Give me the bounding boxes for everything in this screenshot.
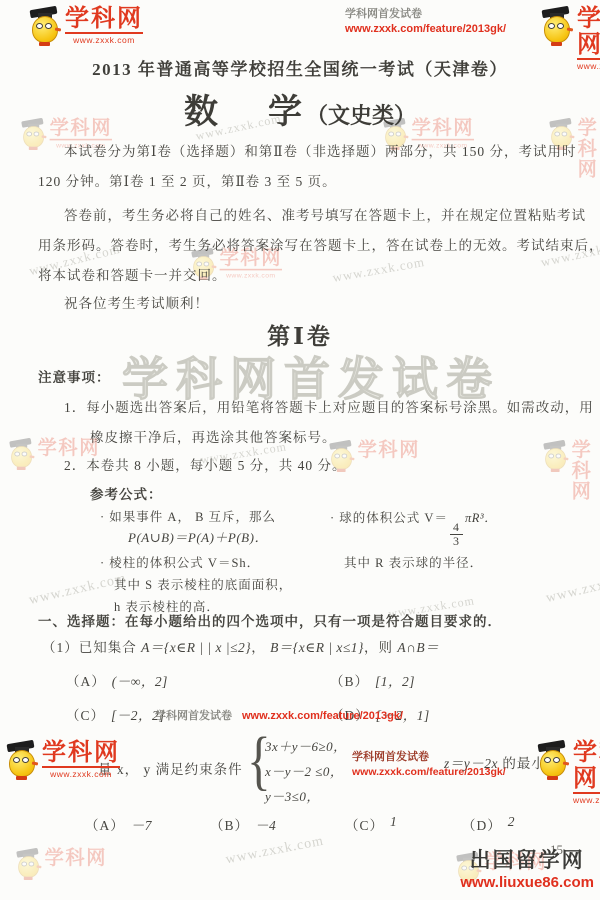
option-label: （B） (210, 814, 249, 834)
release-stamp-header: 学科网首发试卷 www.zxxk.com/feature/2013gk/ (345, 7, 506, 37)
formula-event-union-intro: · 如果事件 A， B 互斥，那么 (100, 507, 276, 525)
q2-option-d: （D）2 (462, 814, 515, 834)
q2-objective-expr: z＝y－2x (444, 756, 498, 771)
intro-line: 120 分钟。第Ⅰ卷 1 至 2 页，第Ⅱ卷 3 至 5 页。 (38, 170, 337, 190)
zxxk-mascot-icon (542, 440, 569, 474)
intro-line: 答卷前，考生务必将自己的姓名、准考号填写在答题卡上，并在规定位置粘贴考试 (64, 204, 586, 224)
q2-constraint-2: x－y－2 ≤0， (265, 761, 343, 780)
q1-text: ， (251, 640, 270, 655)
partner-site-name: 出国留学网 (460, 850, 594, 872)
q2-option-c: （C）1 (345, 814, 397, 834)
zxxk-logo-watermark: 学科网 (15, 848, 107, 882)
intro-line: 祝各位考生考试顺利！ (64, 292, 209, 312)
option-label: （B） (330, 670, 369, 690)
option-value: (－∞，2] (112, 670, 168, 690)
zxxk-watermark-url: www.zxxk.com (331, 254, 426, 286)
zxxk-mascot-icon (536, 740, 570, 782)
partner-site-stamp: 出国留学网 www.liuxue86.com (460, 850, 594, 894)
formula-sphere-volume: · 球的体积公式 V＝43πR³． (330, 508, 497, 548)
zxxk-logo-text: 学科网 (573, 740, 600, 792)
option-value: －7 (131, 814, 152, 834)
zxxk-logo-text: 学科网 (358, 440, 420, 461)
q1-text: （1）已知集合 (42, 640, 141, 655)
q1-question-expr: A∩B＝ (397, 640, 439, 655)
subject-title: 数 学 （文史类） (0, 84, 600, 133)
q1-set-b: B＝{x∈R | x≤1} (270, 640, 364, 655)
question-1: （1）已知集合 A＝{x∈R | | x |≤2}， B＝{x∈R | x≤1}… (42, 636, 439, 656)
release-url: www.zxxk.com/feature/2013gk/ (345, 22, 506, 37)
exam-title: 2013 年普通高等学校招生全国统一考试（天津卷） (0, 55, 600, 80)
part1-heading: 第Ⅰ卷 (0, 318, 600, 351)
fraction-four-thirds: 43 (450, 521, 463, 548)
option-label: （C） (345, 814, 384, 834)
release-label: 学科网首发试卷 (345, 7, 506, 22)
option-label: （A） (66, 670, 106, 690)
formula-sphere-tail: πR³． (465, 511, 497, 525)
q1-set-a: A＝{x∈R | | x |≤2} (141, 640, 251, 655)
q1-text: ，则 (364, 640, 397, 655)
zxxk-watermark-url: www.zxxk.com (224, 834, 325, 869)
intro-line: 本试卷分为第Ⅰ卷（选择题）和第Ⅱ卷（非选择题）两部分，共 150 分，考试用时 (64, 140, 577, 160)
intro-line: 用条形码。答卷时，考生务必将答案涂写在答题卡上，答在试卷上的无效。考试结束后， (38, 234, 600, 254)
zxxk-mascot-icon (5, 740, 39, 782)
q1-option-b: （B）[1，2] (330, 670, 415, 690)
formula-sphere-intro: · 球的体积公式 V＝ (330, 511, 448, 525)
q2-tail: z＝y－2x 的最小 (444, 752, 546, 772)
zxxk-mascot-icon (15, 848, 42, 882)
option-value: －4 (255, 814, 276, 834)
option-label: （A） (85, 814, 125, 834)
formula-sphere-note: 其中 R 表示球的半径． (344, 553, 483, 571)
scanned-exam-page: { "branding": { "logo_text": "学科网", "log… (0, 0, 600, 900)
note-line: 1．每小题选出答案后，用铅笔将答题卡上对应题目的答案标号涂黑。如需改动，用 (64, 396, 594, 416)
q1-option-c: （C）[－2，2] (66, 704, 165, 724)
option-value: 2 (508, 814, 515, 834)
zxxk-logo-text: 学科网 (572, 440, 593, 502)
zxxk-logo-header-left: 学科网www.zxxk.com (28, 6, 143, 48)
zxxk-logo-text: 学科网 (42, 740, 120, 766)
zxxk-mascot-icon (28, 6, 62, 48)
zxxk-mascot-icon (540, 6, 574, 48)
q2-constraint-1: 3x＋y－6≥0， (265, 736, 347, 755)
subject-char-2: 学 (268, 94, 302, 131)
zxxk-watermark-url: www.zxxk.com (544, 569, 600, 607)
note-line: 橡皮擦干净后，再选涂其他答案标号。 (90, 426, 337, 446)
q1-option-a: （A）(－∞，2] (66, 670, 168, 690)
release-label: 学科网首发试卷 (155, 710, 232, 722)
zxxk-mascot-icon (8, 438, 35, 472)
note-line: 2．本卷共 8 小题，每小题 5 分，共 40 分。 (64, 454, 347, 474)
formula-event-union: P(A∪B)＝P(A)＋P(B)． (128, 527, 268, 546)
option-value: 1 (390, 814, 397, 834)
zxxk-logo-q2-left: 学科网www.zxxk.com (5, 740, 120, 782)
subject-type: （文史类） (306, 103, 416, 128)
option-value: [1，2] (375, 670, 415, 690)
zxxk-logo-url: www.zxxk.com (42, 766, 120, 779)
zxxk-logo-text: 学科网 (45, 848, 107, 869)
formulas-title: 参考公式： (90, 483, 163, 503)
formula-prism-note-1: 其中 S 表示棱柱的底面面积， (114, 575, 292, 593)
subject-char-1: 数 (184, 94, 218, 131)
fraction-numerator: 4 (450, 521, 463, 535)
zxxk-logo-url: www.zxxk.com (573, 792, 600, 805)
zxxk-logo-q2-right: 学科网www.zxxk.com (536, 740, 600, 805)
partner-site-url: www.liuxue86.com (460, 872, 594, 894)
zxxk-logo-url: www.zxxk.com (65, 32, 143, 45)
choice-section-heading: 一、选择题：在每小题给出的四个选项中，只有一项是符合题目要求的． (38, 610, 502, 630)
notes-title: 注意事项： (38, 366, 111, 386)
intro-line: 将本试卷和答题卡一并交回。 (38, 264, 227, 284)
formula-prism-volume: · 棱柱的体积公式 V＝Sh． (100, 553, 260, 571)
zxxk-logo-text: 学科网 (577, 6, 600, 58)
q2-constraint-3: y－3≤0， (265, 786, 320, 805)
release-url: www.zxxk.com/feature/2013gk/ (242, 710, 403, 722)
zxxk-logo-watermark: 学科网 (542, 440, 592, 502)
q2-option-b: （B）－4 (210, 814, 276, 834)
zxxk-logo-text: 学科网 (65, 6, 143, 32)
zxxk-logo-url: www.zxxk.com (220, 269, 282, 279)
option-label: （C） (66, 704, 105, 724)
option-label: （D） (462, 814, 502, 834)
q2-option-a: （A）－7 (85, 814, 152, 834)
release-stamp-middle: 学科网首发试卷 www.zxxk.com/feature/2013gk/ (155, 706, 403, 724)
fraction-denominator: 3 (453, 535, 460, 548)
